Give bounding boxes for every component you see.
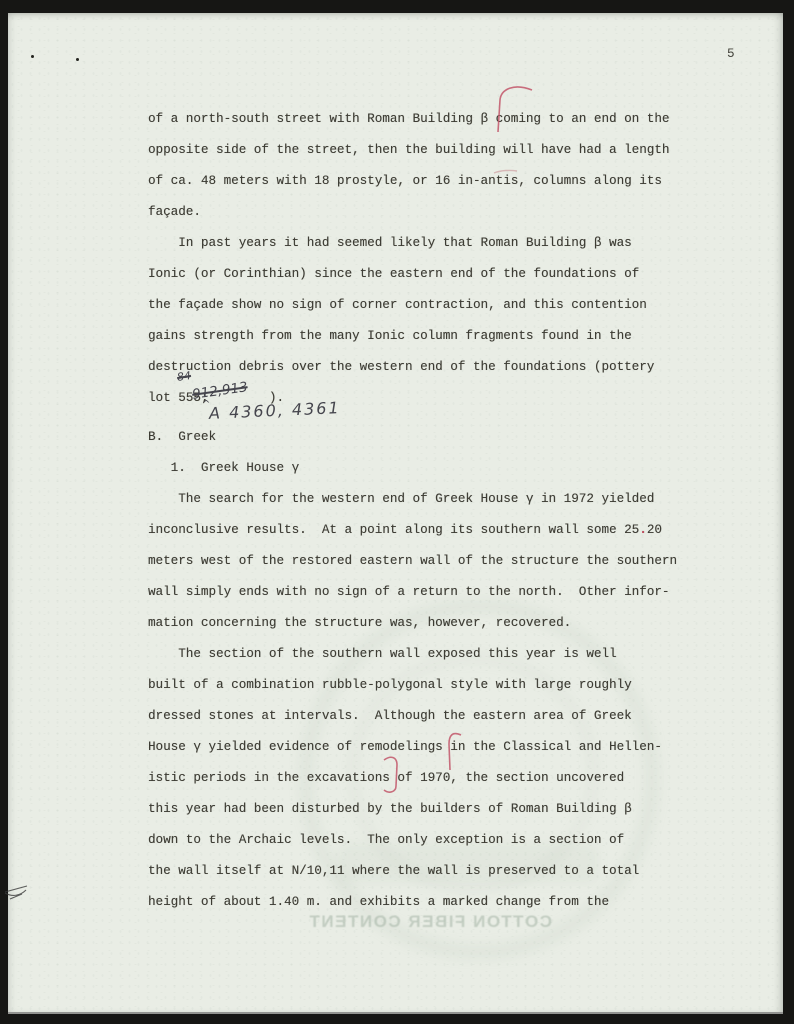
text-line: façade. — [148, 197, 708, 228]
text-line: built of a combination rubble-polygonal … — [148, 670, 708, 701]
text-segment: 20 — [647, 523, 662, 537]
red-period-mark: . — [639, 523, 647, 537]
text-line: B. Greek — [148, 422, 708, 453]
text-line: down to the Archaic levels. The only exc… — [148, 825, 708, 856]
text-line: Ionic (or Corinthian) since the eastern … — [148, 259, 708, 290]
page-number: 5 — [727, 47, 735, 61]
handwritten-strike-above: 84 — [176, 369, 192, 384]
text-line: The search for the western end of Greek … — [148, 484, 708, 515]
typed-text: of a north-south street with Roman Build… — [148, 104, 708, 918]
text-line: the wall itself at N/10,11 where the wal… — [148, 856, 708, 887]
paper: 5 COTTON FIBER CONTENT of a north-south … — [8, 13, 783, 1012]
text-segment: inconclusive results. At a point along i… — [148, 523, 639, 537]
text-line: The section of the southern wall exposed… — [148, 639, 708, 670]
text-line: mation concerning the structure was, how… — [148, 608, 708, 639]
text-line: 1. Greek House γ — [148, 453, 708, 484]
text-line: inconclusive results. At a point along i… — [148, 515, 708, 546]
ink-speck — [76, 58, 79, 61]
text-line: meters west of the restored eastern wall… — [148, 546, 708, 577]
text-line: this year had been disturbed by the buil… — [148, 794, 708, 825]
text-line: opposite side of the street, then the bu… — [148, 135, 708, 166]
text-line: gains strength from the many Ionic colum… — [148, 321, 708, 352]
text-line: istic periods in the excavations of 1970… — [148, 763, 708, 794]
scan-background: 5 COTTON FIBER CONTENT of a north-south … — [0, 0, 794, 1024]
text-line: dressed stones at intervals. Although th… — [148, 701, 708, 732]
text-line: of a north-south street with Roman Build… — [148, 104, 708, 135]
text-line: of ca. 48 meters with 18 prostyle, or 16… — [148, 166, 708, 197]
text-line: In past years it had seemed likely that … — [148, 228, 708, 259]
text-line: House γ yielded evidence of remodelings … — [148, 732, 708, 763]
text-line: the façade show no sign of corner contra… — [148, 290, 708, 321]
text-line: height of about 1.40 m. and exhibits a m… — [148, 887, 708, 918]
text-line: destruction debris over the western end … — [148, 352, 708, 383]
text-line: wall simply ends with no sign of a retur… — [148, 577, 708, 608]
ink-speck — [31, 55, 34, 58]
